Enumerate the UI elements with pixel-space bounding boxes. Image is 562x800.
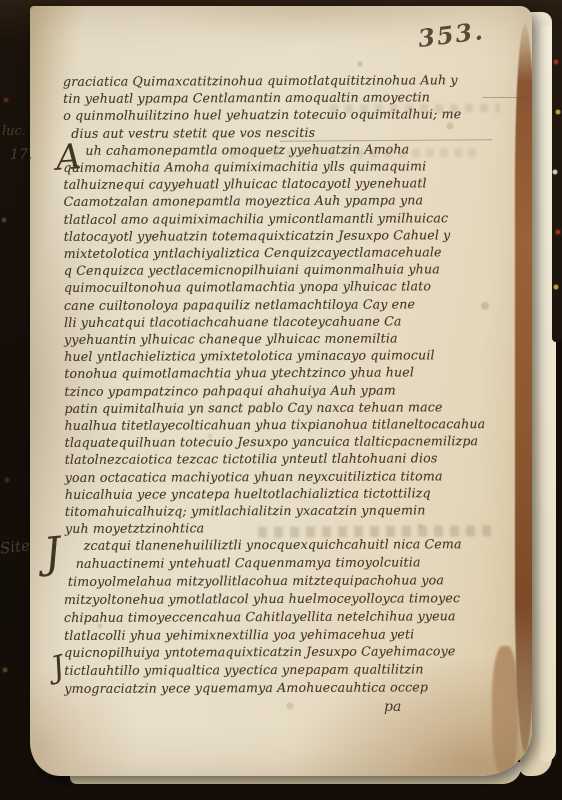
manuscript-line: nahuactinemi yntehuatl Caquenmamya timoy… [64,553,492,573]
manuscript-line: huel yntlachieliztica ymixtetolotica ymi… [64,346,492,365]
marbled-cover-edge [552,22,562,342]
corner-stain [492,646,518,776]
manuscript-line: hualhua titetlayecolticahuan yhua tixpia… [64,415,492,434]
manuscript-line: tin yehuatl ypampa Centlamantin amoqualt… [63,88,491,107]
manuscript-line: timoyolmelahua mitzyollitlacohua mitzteq… [64,571,492,591]
catchword: pa [384,699,401,715]
text-paragraph-1: graciatica Quimaxcatitzinohua quimotlatq… [63,71,493,537]
manuscript-line: ymograciatzin yece yquemamya Amohuecauht… [64,678,492,698]
manuscript-line: tonohua quimotlamachtia yhua ytechtzinco… [64,364,492,383]
margin-note-site: Site [0,536,31,558]
fore-edge-stain [515,24,532,752]
manuscript-line: Caamotzalan amonepamtla moyeztica Auh yp… [64,191,492,210]
manuscript-line: quicnopilhuiya yntotemaquixticatzin Jesu… [64,643,492,663]
manuscript-line: patin quimitalhuia yn sanct pablo Cay na… [64,398,492,417]
margin-note-chapter: 17. [10,147,32,163]
manuscript-line: tlatlacol amo aquimiximachilia ymicontla… [64,209,492,228]
manuscript-line: huicalhuia yece yncatepa hueltotlachiali… [65,484,493,503]
manuscript-line: tlatolnezcaiotica tezcac tictotilia ynte… [65,450,493,469]
manuscript-line-latin: dius aut vestru stetit que vos nescitis [63,123,491,142]
manuscript-line: lli yuhcatqui tlacotiachcahuane tlacotey… [64,312,492,331]
manuscript-line: quimomachitia Amoha quimiximachitia ylls… [63,157,491,176]
manuscript-line: graciatica Quimaxcatitzinohua quimotlatq… [63,71,491,90]
manuscript-line: cane cuiltonoloya papaquiliz netlamachti… [64,295,492,314]
manuscript-line: tlaquatequilhuan totecuio Jesuxpo yancui… [65,432,493,451]
manuscript-line: chipahua timoyeccencahua Cahitlayellita … [64,607,492,627]
manuscript-line: quimocuiltonohua quimotlamachtia ynopa y… [64,278,492,297]
manuscript-line: zcatqui tlanenehuililiztli ynocquexquich… [64,535,492,555]
manuscript-line: yoan octacatica machiyotica yhuan neyxcu… [65,467,493,486]
manuscript-line: mitzyoltonehua ymotlatlacol yhua huelmoc… [64,589,492,609]
manuscript-photo: 353. luc. 17. Site A J J graciatica Quim… [0,0,562,800]
margin-note-gospel: luc. [2,124,26,139]
manuscript-line: tlatocayotl yyehuatzin totemaquixticatzi… [64,226,492,245]
manuscript-line: q Cenquizca yectlacemicnopilhuiani quimo… [64,260,492,279]
manuscript-line: titomahuicalhuizq; ymitlachialitzin yxac… [65,501,493,520]
manuscript-line: mixtetolotica yntlachiyaliztica Cenquizc… [64,243,492,262]
manuscript-line: tzinco ypampatzinco pahpaqui ahahuiya Au… [64,381,492,400]
text-paragraph-2: zcatqui tlanenehuililiztli ynocquexquich… [64,535,493,698]
manuscript-line: tlatlacolli yhua yehimixnextillia yoa ye… [64,625,492,645]
manuscript-line: talhuiznequi cayyehuatl ylhuicac tlatoca… [63,174,491,193]
manuscript-line: tictlauhtillo ymiqualtica yyectica ynepa… [64,660,492,680]
manuscript-line: uh cahamonepamtla omoquetz yyehuatzin Am… [63,140,491,159]
manuscript-line: o quinmolhuilitzino huel yehuatzin totec… [63,105,491,124]
manuscript-line: yyehuantin ylhuicac chaneque ylhuicac mo… [64,329,492,348]
